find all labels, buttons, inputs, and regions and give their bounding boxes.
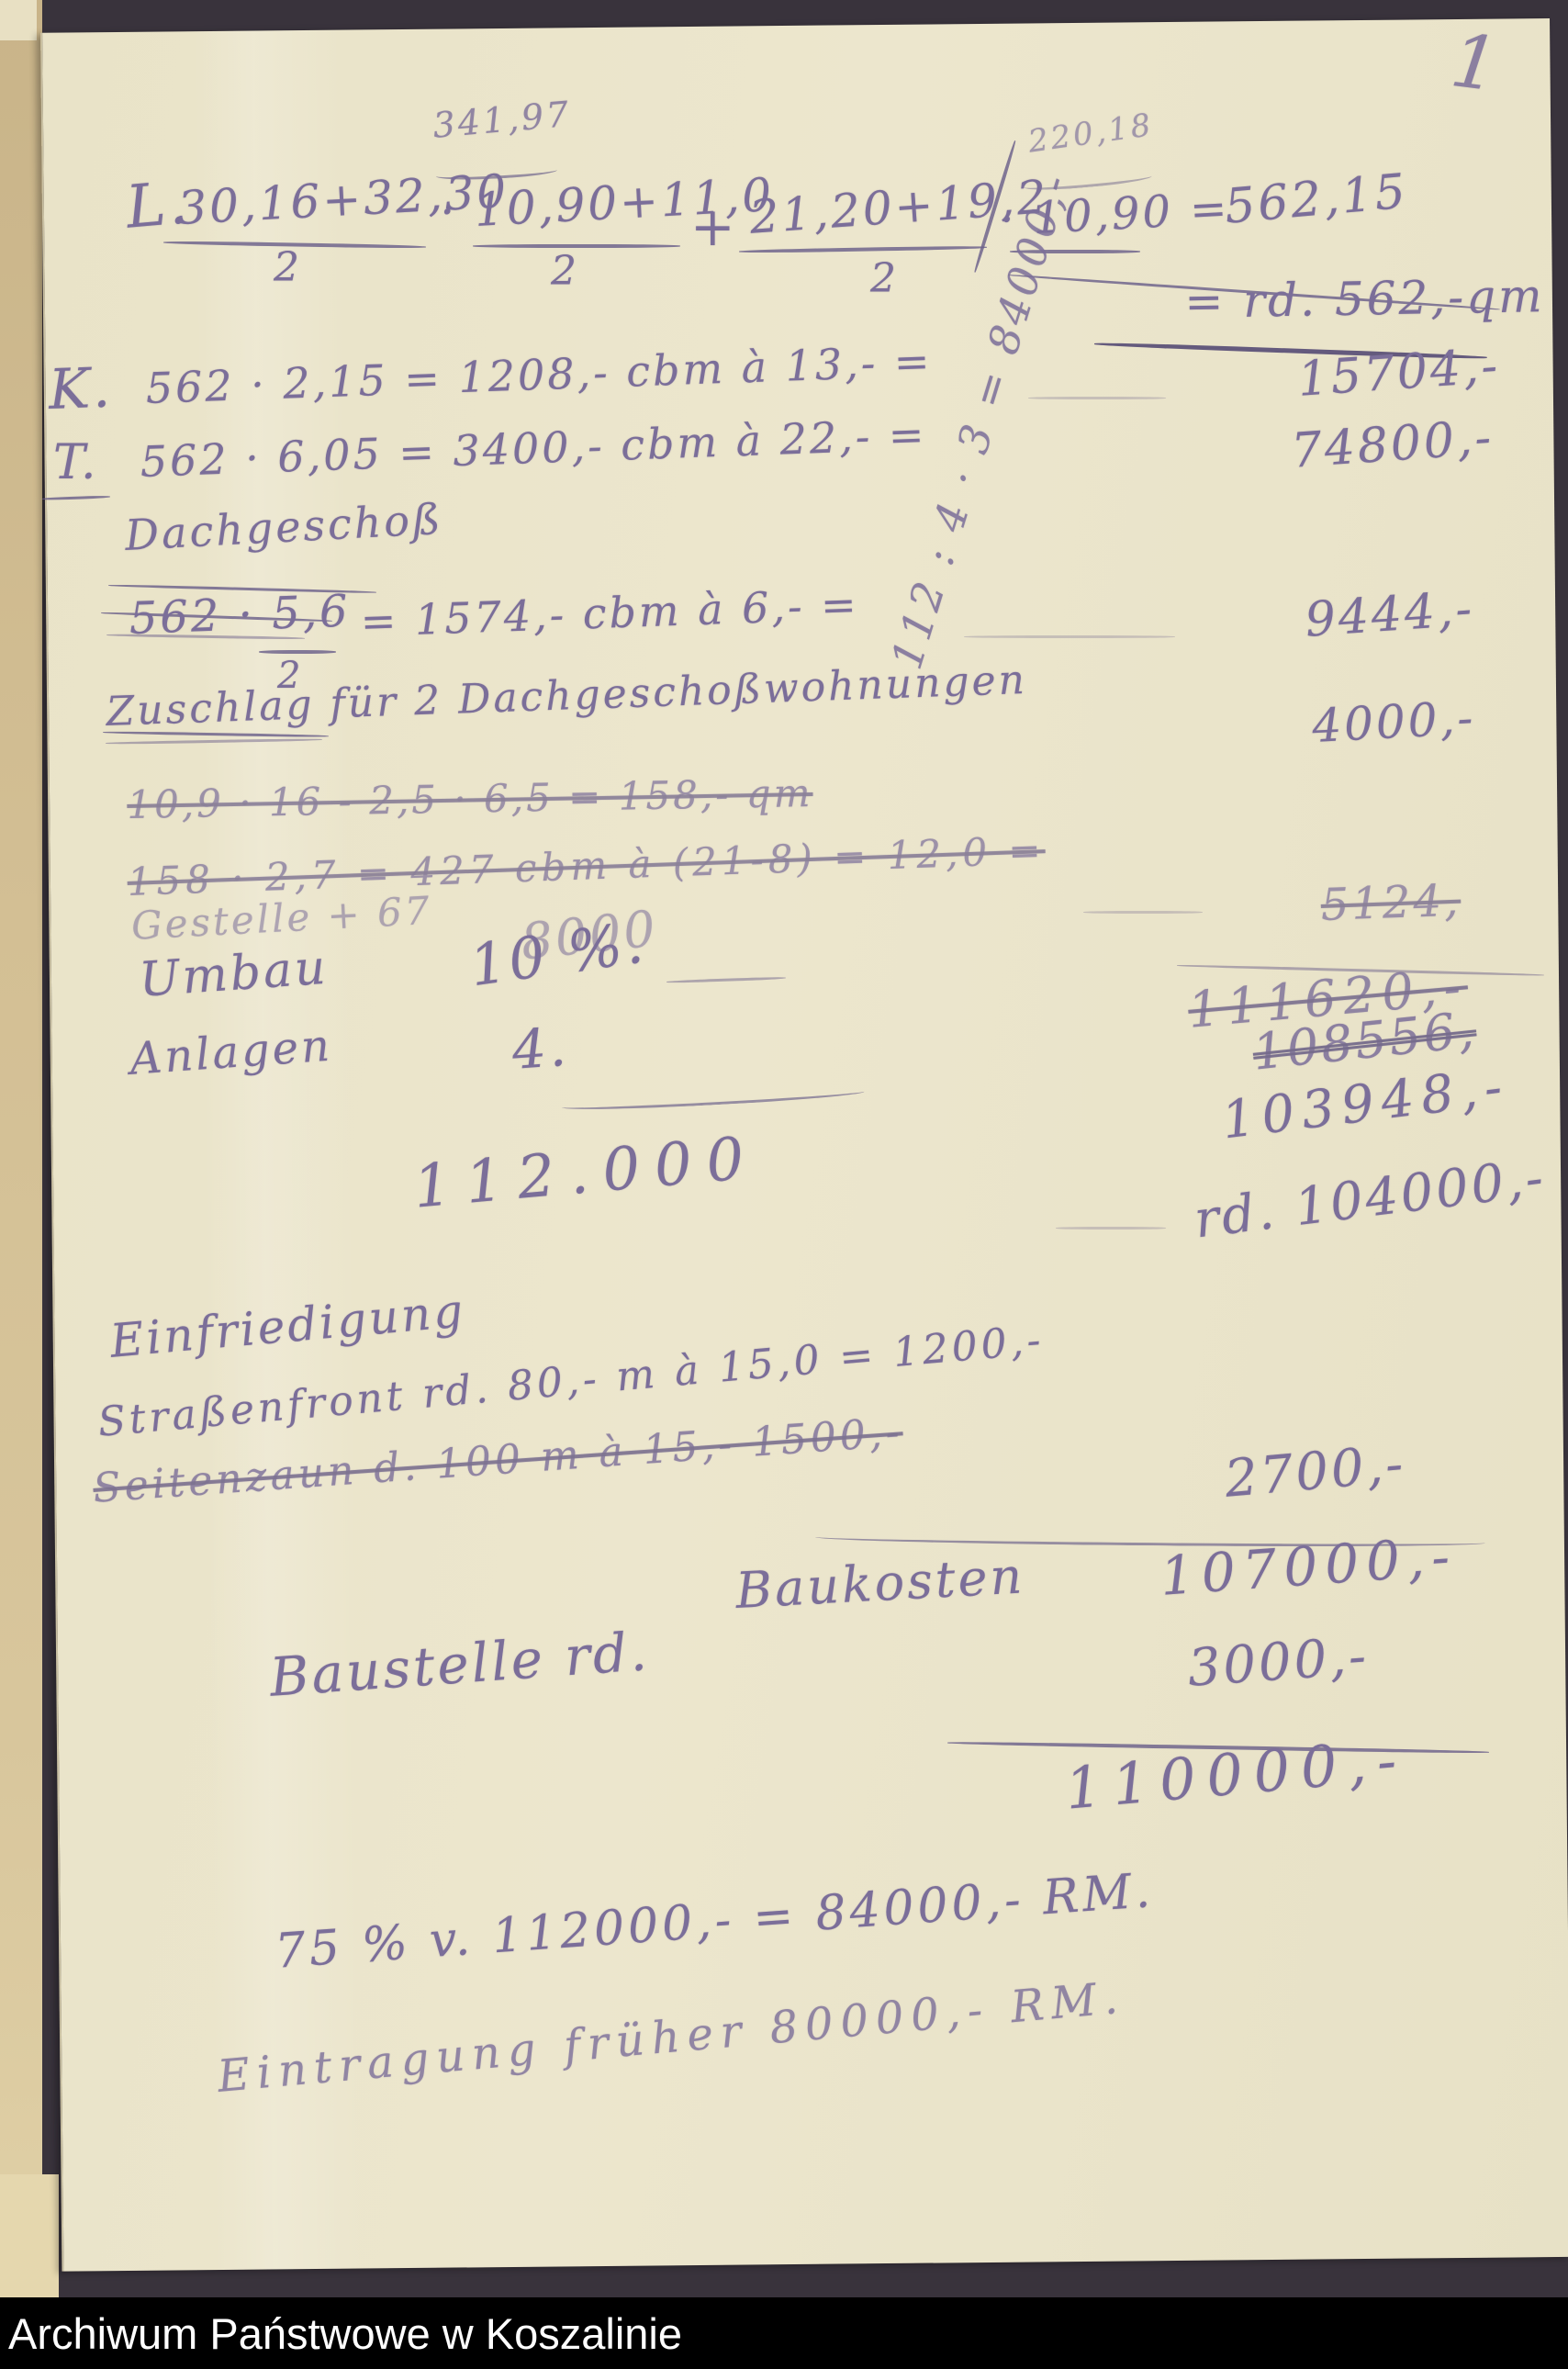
row-zuschlag-value: 4000,-	[1311, 695, 1476, 749]
row-umbau: Umbau	[138, 944, 330, 1005]
book-edge-strip	[0, 0, 42, 2297]
scanned-document: 1 341,97 220,18 L. 30,16+32,30 2 · 10,90…	[0, 0, 1568, 2369]
baukosten-label: Baukosten	[734, 1552, 1025, 1616]
row-dach-calc-a: 562 · 5,6	[129, 589, 351, 641]
row-label-k: K.	[48, 361, 114, 418]
crossed-line-1: 10,9 · 16 - 2,5 · 6,5 = 158,- qm	[127, 774, 813, 825]
row-dach-value: 9444,-	[1304, 585, 1476, 645]
row-t-value: 74800,-	[1290, 414, 1495, 476]
row-anlagen: Anlagen	[129, 1024, 333, 1082]
fraction-bar	[259, 650, 336, 654]
archive-caption: Archiwum Państwowe w Koszalinie	[8, 2308, 682, 2359]
fraction3-denominator: 2	[870, 259, 899, 299]
dash-line	[1028, 397, 1166, 399]
fraction2-denominator: 2	[551, 252, 579, 292]
fraction1-denominator: 2	[274, 248, 302, 288]
dash-line	[964, 635, 1175, 638]
crossed-value-5124: 5124,	[1320, 879, 1462, 927]
baustelle-value: 3000,-	[1186, 1631, 1371, 1695]
dash-line	[1056, 1227, 1166, 1229]
plus-sign: +	[690, 200, 738, 253]
row-k-value: 15704,-	[1296, 342, 1502, 404]
book-edge-corner	[0, 0, 37, 40]
row-anlagen-pct: 4.	[510, 1020, 570, 1077]
page-number: 1	[1447, 24, 1505, 103]
archive-caption-bar: Archiwum Państwowe w Koszalinie	[0, 2297, 1568, 2369]
result-rounded: = rd. 562,-qm	[1184, 273, 1545, 325]
row-label-t: T.	[53, 439, 99, 487]
book-edge-bottom	[0, 2174, 59, 2297]
dash-line	[1083, 911, 1203, 914]
einfriedigung-value: 2700,-	[1223, 1439, 1407, 1506]
